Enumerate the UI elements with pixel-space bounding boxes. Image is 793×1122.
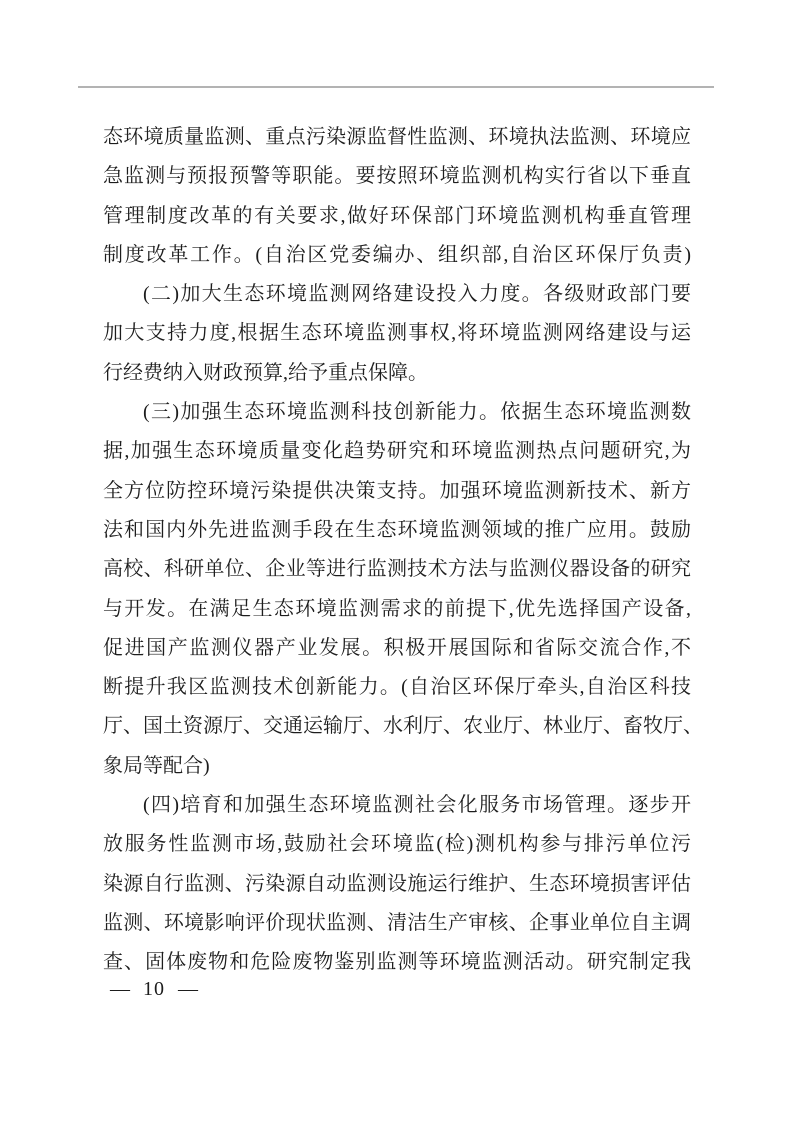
text-line-17: 象局等配合) <box>103 747 691 786</box>
section-4-heading-line: (四)培育和加强生态环境监测社会化服务市场管理。逐步开 <box>103 786 691 825</box>
text-line-14: 促进国产监测仪器产业发展。积极开展国际和省际交流合作,不 <box>103 629 691 668</box>
text-line-7: 行经费纳入财政预算,给予重点保障。 <box>103 354 691 393</box>
text-line-9: 据,加强生态环境质量变化趋势研究和环境监测热点问题研究,为 <box>103 432 691 471</box>
header-rule <box>78 86 714 88</box>
text-line-13: 与开发。在满足生态环境监测需求的前提下,优先选择国产设备, <box>103 590 691 629</box>
text-line-2: 急监测与预报预警等职能。要按照环境监测机构实行省以下垂直 <box>103 157 691 196</box>
page-footer: — 10 — <box>110 974 198 1004</box>
document-page: 态环境质量监测、重点污染源监督性监测、环境执法监测、环境应 急监测与预报预警等职… <box>0 0 793 1122</box>
text-line-19: 放服务性监测市场,鼓励社会环境监(检)测机构参与排污单位污 <box>103 825 691 864</box>
text-line-21: 监测、环境影响评价现状监测、清洁生产审核、企事业单位自主调 <box>103 904 691 943</box>
text-line-3: 管理制度改革的有关要求,做好环保部门环境监测机构垂直管理 <box>103 197 691 236</box>
footer-dash-left: — <box>110 978 130 1001</box>
text-line-15: 断提升我区监测技术创新能力。(自治区环保厅牵头,自治区科技 <box>103 668 691 707</box>
section-2-heading-line: (二)加大生态环境监测网络建设投入力度。各级财政部门要 <box>103 275 691 314</box>
text-line-6: 加大支持力度,根据生态环境监测事权,将环境监测网络建设与运 <box>103 314 691 353</box>
text-line-1: 态环境质量监测、重点污染源监督性监测、环境执法监测、环境应 <box>103 118 691 157</box>
section-3-heading-line: (三)加强生态环境监测科技创新能力。依据生态环境监测数 <box>103 393 691 432</box>
text-line-10: 全方位防控环境污染提供决策支持。加强环境监测新技术、新方 <box>103 472 691 511</box>
text-line-4: 制度改革工作。(自治区党委编办、组织部,自治区环保厅负责) <box>103 236 691 275</box>
text-line-20: 染源自行监测、污染源自动监测设施运行维护、生态环境损害评估 <box>103 865 691 904</box>
page-number: 10 <box>143 978 165 1001</box>
text-line-16: 厅、国土资源厅、交通运输厅、水利厅、农业厅、林业厅、畜牧厅、气 <box>103 707 691 746</box>
text-line-12: 高校、科研单位、企业等进行监测技术方法与监测仪器设备的研究 <box>103 550 691 589</box>
footer-dash-right: — <box>178 978 198 1001</box>
text-line-11: 法和国内外先进监测手段在生态环境监测领域的推广应用。鼓励 <box>103 511 691 550</box>
document-body: 态环境质量监测、重点污染源监督性监测、环境执法监测、环境应 急监测与预报预警等职… <box>103 118 691 983</box>
